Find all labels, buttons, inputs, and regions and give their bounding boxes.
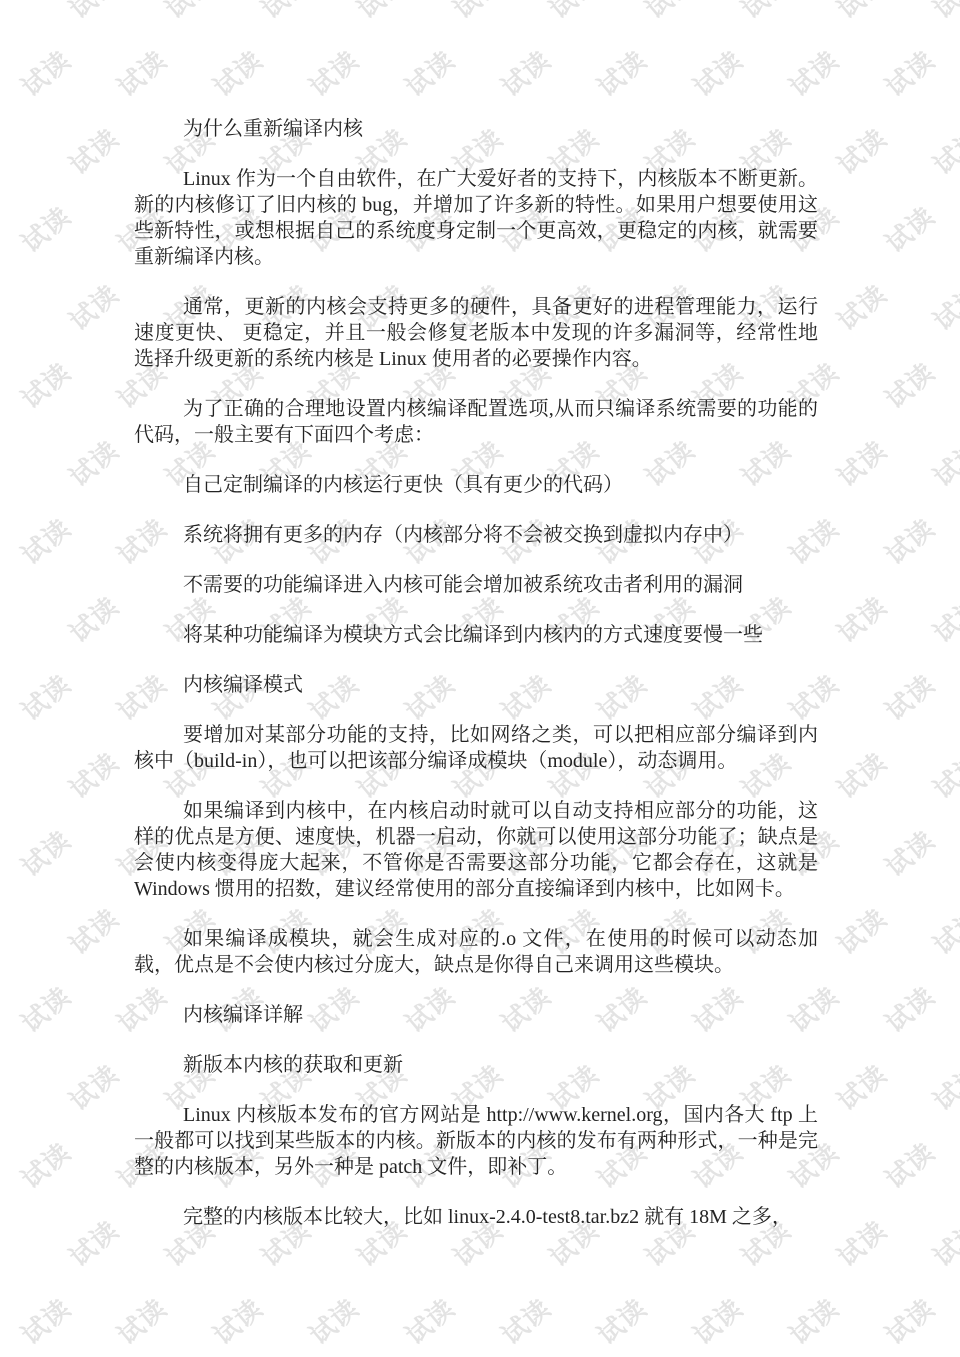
watermark-text: 试读 xyxy=(60,275,125,338)
watermark-text: 试读 xyxy=(492,41,557,104)
watermark-text: 试读 xyxy=(108,1289,173,1352)
watermark-text: 试读 xyxy=(300,41,365,104)
watermark-text: 试读 xyxy=(828,1211,893,1274)
watermark-text: 试读 xyxy=(876,1133,941,1196)
watermark-text: 试读 xyxy=(780,41,845,104)
paragraph: 如果编译成模块，就会生成对应的.o 文件，在使用的时候可以动态加载，优点是不会使… xyxy=(134,926,818,978)
paragraph: Linux 内核版本发布的官方网站是 http://www.kernel.org… xyxy=(134,1102,818,1180)
watermark-text: 试读 xyxy=(300,1289,365,1352)
watermark-text: 试读 xyxy=(60,899,125,962)
section-heading: 内核编译模式 xyxy=(134,672,818,698)
watermark-text: 试读 xyxy=(924,0,960,26)
watermark-text: 试读 xyxy=(60,431,125,494)
watermark-text: 试读 xyxy=(588,1289,653,1352)
watermark-text: 试读 xyxy=(924,1211,960,1274)
watermark-text: 试读 xyxy=(540,0,605,26)
watermark-text: 试读 xyxy=(828,1055,893,1118)
watermark-text: 试读 xyxy=(828,743,893,806)
watermark-text: 试读 xyxy=(204,41,269,104)
watermark-text: 试读 xyxy=(60,1055,125,1118)
watermark-text: 试读 xyxy=(828,899,893,962)
watermark-text: 试读 xyxy=(60,587,125,650)
paragraph: 为了正确的合理地设置内核编译配置选项,从而只编译系统需要的功能的代码，一般主要有… xyxy=(134,396,818,448)
watermark-text: 试读 xyxy=(828,431,893,494)
document-page: 试读试读试读试读试读试读试读试读试读试读试读试读试读试读试读试读试读试读试读试读… xyxy=(0,0,960,1357)
watermark-text: 试读 xyxy=(636,0,701,26)
paragraph: 系统将拥有更多的内存（内核部分将不会被交换到虚拟内存中） xyxy=(134,522,818,548)
watermark-text: 试读 xyxy=(12,977,77,1040)
watermark-text: 试读 xyxy=(348,0,413,26)
section-heading: 内核编译详解 xyxy=(134,1002,818,1028)
watermark-text: 试读 xyxy=(876,665,941,728)
paragraph: 完整的内核版本比较大，比如 linux-2.4.0-test8.tar.bz2 … xyxy=(134,1204,818,1230)
watermark-text: 试读 xyxy=(12,1133,77,1196)
watermark-text: 试读 xyxy=(252,0,317,26)
watermark-text: 试读 xyxy=(876,509,941,572)
watermark-text: 试读 xyxy=(924,743,960,806)
watermark-text: 试读 xyxy=(828,0,893,26)
watermark-text: 试读 xyxy=(12,41,77,104)
paragraph: 将某种功能编译为模块方式会比编译到内核内的方式速度要慢一些 xyxy=(134,622,818,648)
paragraph: 通常，更新的内核会支持更多的硬件，具备更好的进程管理能力，运行速度更快、 更稳定… xyxy=(134,294,818,372)
paragraph: 不需要的功能编译进入内核可能会增加被系统攻击者利用的漏洞 xyxy=(134,572,818,598)
section-heading: 新版本内核的获取和更新 xyxy=(134,1052,818,1078)
watermark-text: 试读 xyxy=(876,41,941,104)
paragraph: Linux 作为一个自由软件，在广大爱好者的支持下，内核版本不断更新。新的内核修… xyxy=(134,166,818,270)
paragraph: 自己定制编译的内核运行更快（具有更少的代码） xyxy=(134,472,818,498)
watermark-text: 试读 xyxy=(876,1289,941,1352)
watermark-text: 试读 xyxy=(60,0,125,26)
watermark-text: 试读 xyxy=(924,431,960,494)
watermark-text: 试读 xyxy=(684,41,749,104)
watermark-text: 试读 xyxy=(12,665,77,728)
watermark-text: 试读 xyxy=(828,119,893,182)
watermark-text: 试读 xyxy=(12,1289,77,1352)
watermark-text: 试读 xyxy=(732,0,797,26)
watermark-text: 试读 xyxy=(12,353,77,416)
watermark-text: 试读 xyxy=(876,197,941,260)
watermark-text: 试读 xyxy=(828,275,893,338)
watermark-text: 试读 xyxy=(60,1211,125,1274)
watermark-text: 试读 xyxy=(924,1055,960,1118)
watermark-text: 试读 xyxy=(588,41,653,104)
watermark-text: 试读 xyxy=(60,743,125,806)
section-heading: 为什么重新编译内核 xyxy=(134,116,818,142)
watermark-text: 试读 xyxy=(924,275,960,338)
paragraph: 要增加对某部分功能的支持，比如网络之类，可以把相应部分编译到内核中（build-… xyxy=(134,722,818,774)
watermark-text: 试读 xyxy=(396,41,461,104)
watermark-text: 试读 xyxy=(924,119,960,182)
document-content: 为什么重新编译内核Linux 作为一个自由软件，在广大爱好者的支持下，内核版本不… xyxy=(134,116,818,1254)
watermark-text: 试读 xyxy=(12,197,77,260)
watermark-text: 试读 xyxy=(156,0,221,26)
watermark-text: 试读 xyxy=(684,1289,749,1352)
watermark-text: 试读 xyxy=(444,0,509,26)
watermark-text: 试读 xyxy=(60,119,125,182)
watermark-text: 试读 xyxy=(492,1289,557,1352)
paragraph: 如果编译到内核中，在内核启动时就可以自动支持相应部分的功能，这样的优点是方便、速… xyxy=(134,798,818,902)
watermark-text: 试读 xyxy=(876,821,941,884)
watermark-text: 试读 xyxy=(204,1289,269,1352)
watermark-text: 试读 xyxy=(12,509,77,572)
watermark-text: 试读 xyxy=(828,587,893,650)
watermark-text: 试读 xyxy=(924,587,960,650)
watermark-text: 试读 xyxy=(876,353,941,416)
watermark-text: 试读 xyxy=(780,1289,845,1352)
watermark-text: 试读 xyxy=(12,821,77,884)
watermark-text: 试读 xyxy=(924,899,960,962)
watermark-text: 试读 xyxy=(396,1289,461,1352)
watermark-text: 试读 xyxy=(108,41,173,104)
watermark-text: 试读 xyxy=(876,977,941,1040)
